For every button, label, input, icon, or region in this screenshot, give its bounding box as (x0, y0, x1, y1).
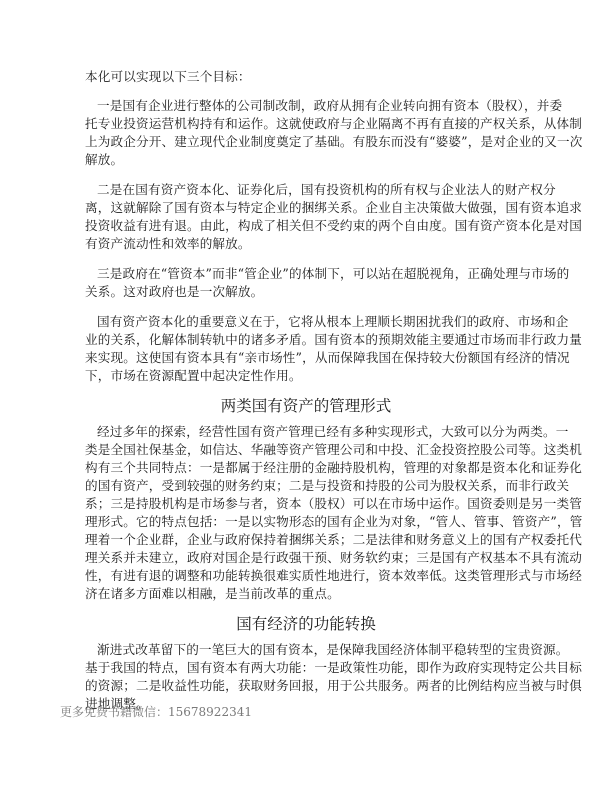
paragraph-line: 基于我国的特点，国有资本有两大功能：一是政策性功能，即作为政府实现特定公共目标 (85, 660, 582, 676)
paragraph-line: 系；三是持股机构是市场参与者，资本（股权）可以在市场中运作。国资委则是另一类管 (85, 496, 582, 512)
paragraph-line: 经过多年的探索，经营性国有资产管理已经有多种实现形式，大致可以分为两类。一 (97, 424, 569, 440)
paragraph-line: 济在诸多方面难以相融，是当前改革的重点。 (85, 586, 340, 602)
paragraph-line: 本化可以实现以下三个目标： (85, 69, 251, 85)
paragraph-line: 来实现。这使国有资本具有“亲市场性”，从而保障我国在保持较大份额国有经济的情况 (85, 350, 570, 366)
paragraph-line: 构有三个共同特点：一是都属于经注册的金融持股机构，管理的对象都是资本化和证券化 (85, 460, 582, 476)
paragraph-line: 业的关系，化解体制转轨中的诸多矛盾。国有资本的预期效能主要通过市场而非行政力量 (85, 332, 582, 348)
paragraph-line: 类是全国社保基金，如信达、华融等资产管理公司和中投、汇金投资控股公司等。这类机 (85, 442, 582, 458)
paragraph-line: 理关系并未建立，政府对国企是行政强干预、财务软约束；三是国有产权基本不具有流动 (85, 550, 582, 566)
section-heading: 两类国有资产的管理形式 (0, 396, 612, 416)
paragraph-line: 离，这就解除了国有资本与特定企业的捆绑关系。企业自主决策做大做强，国有资本追求 (85, 200, 582, 216)
document-page: 本化可以实现以下三个目标：一是国有企业进行整体的公司制改制，政府从拥有企业转向拥… (0, 0, 612, 792)
paragraph-line: 理着一个企业群，企业与政府保持着捆绑关系；二是法律和财务意义上的国有产权委托代 (85, 532, 582, 548)
paragraph-line: 渐进式改革留下的一笔巨大的国有资本，是保障我国经济体制平稳转型的宝贵资源。 (97, 642, 569, 658)
paragraph-line: 国有资产资本化的重要意义在于，它将从根本上理顺长期困扰我们的政府、市场和企 (97, 314, 569, 330)
paragraph-line: 投资收益有进有退。由此，构成了相关但不受约束的两个自由度。国有资产资本化是对国 (85, 218, 582, 234)
section-heading: 国有经济的功能转换 (0, 614, 612, 634)
paragraph-line: 有资产流动性和效率的解放。 (85, 236, 251, 252)
watermark-footer: 更多免费书籍微信：15678922341 (60, 705, 252, 719)
paragraph-line: 托专业投资运营机构持有和运作。这就使政府与企业隔离不再有直接的产权关系，从体制 (85, 116, 582, 132)
paragraph-line: 关系。这对政府也是一次解放。 (85, 284, 263, 300)
paragraph-line: 解放。 (85, 152, 123, 168)
paragraph-line: 三是政府在“管资本”而非“管企业”的体制下，可以站在超脱视角，正确处理与市场的 (97, 266, 569, 282)
paragraph-line: 理形式。它的特点包括：一是以实物形态的国有企业为对象，“管人、管事、管资产”，管 (85, 514, 582, 530)
paragraph-line: 上为政企分开、建立现代企业制度奠定了基础。有股东而没有“婆婆”，是对企业的又一次 (85, 134, 582, 150)
paragraph-line: 一是国有企业进行整体的公司制改制，政府从拥有企业转向拥有资本（股权），并委 (97, 98, 562, 114)
paragraph-line: 性，有进有退的调整和功能转换很难实质性地进行，资本效率低。这类管理形式与市场经 (85, 568, 582, 584)
paragraph-line: 下，市场在资源配置中起决定性作用。 (85, 368, 302, 384)
paragraph-line: 的资源；二是收益性功能，获取财务回报，用于公共服务。两者的比例结构应当被与时俱 (85, 678, 582, 694)
paragraph-line: 二是在国有资产资本化、证券化后，国有投资机构的所有权与企业法人的财产权分 (97, 182, 556, 198)
paragraph-line: 的国有资产，受到较强的财务约束；二是与投资和持股的公司为股权关系，而非行政关 (85, 478, 569, 494)
